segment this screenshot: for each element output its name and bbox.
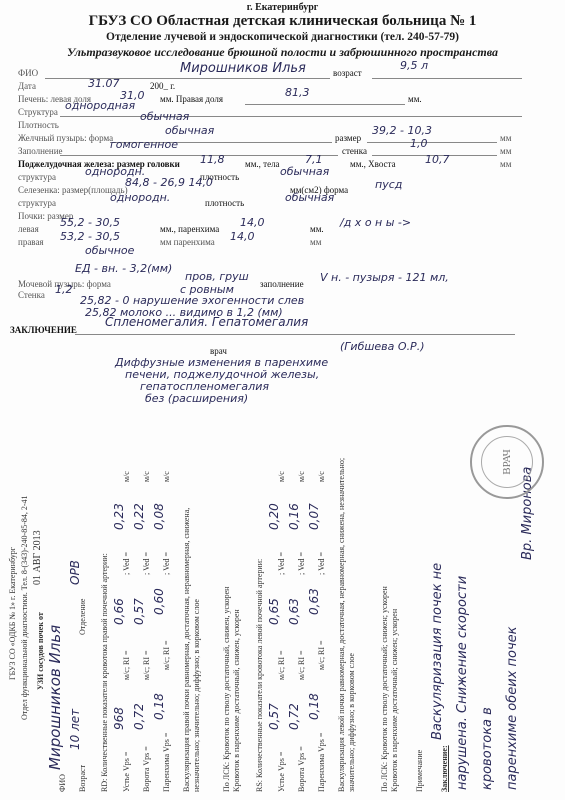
age-value: 9,5 л: [400, 59, 428, 72]
right-lobe-value: 81,3: [285, 86, 310, 99]
cls-value: ЕД - вн. - 3,2(мм): [75, 262, 172, 275]
rs-ri: 0,63: [307, 588, 321, 615]
second-conclusion-line: нарушена. Снижение скорости: [455, 576, 470, 790]
pancreas-body-label: мм., тела: [245, 159, 280, 169]
date-label: Дата: [18, 81, 36, 91]
rd-unit: м/с: [142, 471, 151, 482]
rs-ved-label: ; Ved =: [297, 552, 306, 575]
unit-mm: мм.: [310, 224, 324, 234]
second-conclusion-line: Васкуляризация почек не: [430, 563, 445, 740]
rs-ved: 0,07: [307, 503, 321, 530]
pancreas-tail-value: 10,7: [425, 153, 450, 166]
structure-value: однородная: [65, 99, 135, 112]
unit-mm: мм: [310, 237, 321, 247]
rs-ri-label: м/с; RI =: [277, 650, 286, 680]
year: 200_ г.: [150, 81, 175, 91]
rs-ri: 0,65: [267, 598, 281, 625]
wall-value: 1,0: [410, 137, 428, 150]
rs-vasc: Васкуляризация левой почки равномерная, …: [337, 458, 346, 792]
study-title: Ультразвуковое исследование брюшной поло…: [0, 45, 565, 60]
gb-size-value: 39,2 - 10,3: [372, 124, 432, 137]
doctor-stamp: ВРАЧ: [470, 425, 544, 499]
second-dept-value: ОРВ: [68, 560, 82, 585]
p-structure-label: структура: [18, 172, 56, 182]
rd-lsk: По ЛСК: Кровоток по стволу достаточный, …: [222, 587, 231, 792]
rd-ri: 0,60: [152, 588, 166, 615]
doctor-name: (Гибшева О.Р.): [340, 340, 424, 353]
rs-lsk2: Кровоток в паренхиме достаточный; снижен…: [390, 609, 399, 792]
rd-ved-label: ; Ved =: [162, 552, 171, 575]
rs-label: Ворота Vps =: [297, 746, 306, 792]
rs-ved-label: ; Ved =: [277, 552, 286, 575]
city: г. Екатеринбург: [0, 2, 565, 13]
rs-vps: 0,57: [267, 703, 281, 730]
rd-ri-label: м/с; RI =: [162, 640, 171, 670]
rd-ri-label: м/с; RI =: [122, 650, 131, 680]
right-kidney-value: 53,2 - 30,5: [60, 230, 120, 243]
rd-label: Паренхима Vps =: [162, 733, 171, 792]
bladder-fill-label: заполнение: [260, 279, 304, 289]
rs-vps: 0,18: [307, 693, 321, 720]
gb-label: Желчный пузырь: форма: [18, 133, 113, 143]
gb-form-value: обычная: [165, 124, 214, 137]
rs-label: Устье Vps =: [277, 752, 286, 792]
rd-lsk2: Кровоток в паренхиме достаточный, снижен…: [232, 609, 241, 792]
wall-label: стенка: [342, 146, 367, 156]
rs-ved: 0,16: [287, 503, 301, 530]
rd-vps: 0,18: [152, 693, 166, 720]
second-dept-label: Отделение: [78, 599, 87, 635]
par1-label: мм., паренхима: [160, 224, 219, 234]
second-title: УЗИ сосудов почек от: [36, 612, 45, 690]
rd-label: Устье Vps =: [122, 752, 131, 792]
rd-title: RD: Количественные показатели кровотока …: [100, 553, 109, 792]
rd-unit: м/с: [162, 471, 171, 482]
left-kidney-value: 55,2 - 30,5: [60, 216, 120, 229]
rd-label: Ворота Vps =: [142, 746, 151, 792]
rd-ri: 0,57: [132, 598, 146, 625]
second-fio-value: Мирошников Илья: [46, 625, 64, 770]
fill-field: [60, 143, 338, 156]
age-field: [372, 66, 522, 79]
rd-ved-label: ; Ved =: [122, 552, 131, 575]
rd-vasc: Васкуляризация правой почки равномерная,…: [182, 508, 191, 792]
unit-mm: мм: [500, 159, 511, 169]
s-density-label: плотность: [205, 198, 244, 208]
second-conclusion-line: паренхиме обеих почек: [505, 626, 520, 790]
left-kidney-label: левая: [18, 224, 39, 234]
gb-size-label: размер: [335, 133, 361, 143]
bladder-value: пров, груш: [185, 270, 249, 283]
pancreas-tail-label: мм., Хвоста: [350, 159, 396, 169]
rd-vps: 968: [112, 707, 126, 730]
second-age-label: Возраст: [78, 765, 87, 792]
rs-ved-label: ; Ved =: [317, 552, 326, 575]
fill-label: Заполнение: [18, 146, 63, 156]
conclusion-value: Спленомегалия. Гепатомегалия: [105, 315, 308, 329]
rs-title: RS: Количественные показатели кровотока …: [255, 559, 264, 792]
unit-mm: мм: [500, 133, 511, 143]
rd-vasc2: незначительно; значительно; диффузно; в …: [192, 599, 201, 792]
right-kidney-label: правая: [18, 237, 44, 247]
fio-value: Мирошников Илья: [180, 61, 306, 76]
rs-lsk: По ЛСК: Кровоток по стволу достаточный; …: [380, 586, 389, 792]
rs-vps: 0,72: [287, 703, 301, 730]
s-structure-label: структура: [18, 198, 56, 208]
unit-mm: мм.: [408, 94, 422, 104]
second-org: ГБУЗ СО «ОДКБ № 1» г. Екатеринбург: [8, 547, 17, 680]
rs-unit: м/с: [297, 471, 306, 482]
kidney-structure-value: обычное: [85, 244, 134, 257]
rd-ri: 0,66: [112, 598, 126, 625]
rd-ved-label: ; Ved =: [142, 552, 151, 575]
bladder-fill-value: V н. - пузыря - 121 мл,: [320, 271, 449, 284]
rs-unit: м/с: [317, 471, 326, 482]
department-name: Отделение лучевой и эндоскопической диаг…: [106, 31, 378, 43]
spleen-form-value: пусд: [375, 178, 402, 191]
rs-unit: м/с: [277, 471, 286, 482]
wall2-label: Стенка: [18, 290, 45, 300]
date-value: 31.07: [88, 77, 120, 90]
rd-ved: 0,08: [152, 503, 166, 530]
spleen-value: 84,8 - 26,9 14,0: [125, 176, 213, 189]
density-value: обычная: [140, 110, 189, 123]
second-conclusion-label: Заключение:: [440, 745, 449, 792]
note-label: Примечание: [415, 750, 424, 792]
rs-ri-label: м/с; RI =: [317, 640, 326, 670]
second-conclusion-line: кровотока в: [480, 707, 495, 790]
department: Отделение лучевой и эндоскопической диаг…: [0, 31, 565, 43]
fio-label: ФИО: [18, 68, 38, 78]
rd-ri-label: м/с; RI =: [142, 650, 151, 680]
s-structure-value: однородн.: [110, 191, 170, 204]
second-age-value: 10 лет: [68, 709, 82, 750]
rd-unit: м/с: [122, 471, 131, 482]
rs-ri-label: м/с; RI =: [297, 650, 306, 680]
second-dept: Отдел функциональной диагностики. Тел. 8…: [20, 495, 29, 720]
unit-mm: мм: [500, 146, 511, 156]
par1-value: 14,0: [240, 216, 265, 229]
right-lobe-label: мм. Правая доля: [160, 94, 223, 104]
hospital-name: ГБУЗ СО Областная детская клиническая бо…: [0, 13, 565, 30]
structure-label: Структура: [18, 107, 58, 117]
extra-line-4: без (расширения): [145, 392, 248, 405]
stamp-text: ВРАЧ: [481, 436, 533, 488]
rd-vps: 0,72: [132, 703, 146, 730]
conclusion-label: ЗАКЛЮЧЕНИЕ: [10, 325, 77, 335]
rs-label: Паренхима Vps =: [317, 733, 326, 792]
pancreas-head-value: 11,8: [200, 153, 225, 166]
second-fio-label: ФИО: [58, 774, 67, 792]
rs-vasc2: значительно; диффузно; в корковом слое: [347, 653, 356, 792]
wall2-value: 1,2: [55, 283, 73, 296]
fill-value: гомогенное: [110, 138, 178, 151]
density-label: Плотность: [18, 120, 59, 130]
rd-ved: 0,23: [112, 503, 126, 530]
rd-ved: 0,22: [132, 503, 146, 530]
kidney-note: /д х о н ы ->: [340, 216, 411, 229]
age-label: возраст: [333, 68, 362, 78]
rs-ved: 0,20: [267, 503, 281, 530]
s-density-value: обычная: [285, 191, 334, 204]
second-date: 01 АВГ 2013: [32, 530, 43, 585]
doctor-label: врач: [210, 346, 227, 356]
p-density-value: обычная: [280, 165, 329, 178]
par2-value: 14,0: [230, 230, 255, 243]
department-phone: (тел. 240-57-79): [380, 31, 459, 43]
rs-ri: 0,63: [287, 598, 301, 625]
document-page: г. Екатеринбург ГБУЗ СО Областная детска…: [0, 0, 565, 800]
par2-label: мм паренхима: [160, 237, 215, 247]
